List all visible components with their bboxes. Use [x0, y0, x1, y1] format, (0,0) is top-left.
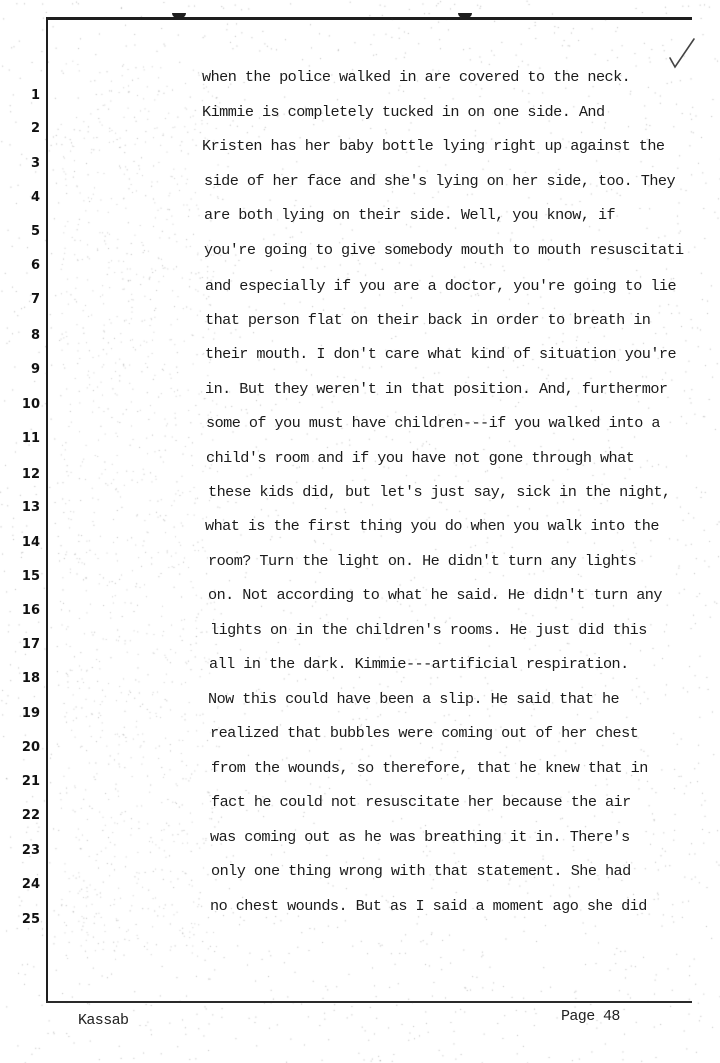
page-frame-left-border	[46, 18, 48, 1003]
line-number: 9	[0, 362, 40, 377]
transcript-line: that person flat on their back in order …	[205, 311, 650, 329]
line-number: 10	[0, 397, 40, 412]
line-number: 25	[0, 912, 40, 927]
line-number: 6	[0, 258, 40, 273]
line-number: 18	[0, 671, 40, 686]
transcript-line: these kids did, but let's just say, sick…	[208, 483, 670, 501]
transcript-line: Kimmie is completely tucked in on one si…	[202, 103, 605, 121]
transcript-line: in. But they weren't in that position. A…	[205, 380, 667, 398]
line-number: 3	[0, 156, 40, 171]
line-number: 11	[0, 431, 40, 446]
transcript-line: side of her face and she's lying on her …	[204, 172, 675, 190]
transcript-line: fact he could not resuscitate her becaus…	[211, 793, 631, 811]
footer-speaker-name: Kassab	[78, 1012, 128, 1029]
line-number: 24	[0, 877, 40, 892]
line-number: 19	[0, 706, 40, 721]
transcript-line: Kristen has her baby bottle lying right …	[202, 137, 664, 155]
transcript-line: child's room and if you have not gone th…	[206, 449, 634, 467]
line-number: 1	[0, 88, 40, 103]
transcript-line: realized that bubbles were coming out of…	[210, 724, 638, 742]
transcript-line: you're going to give somebody mouth to m…	[204, 241, 684, 259]
line-number: 21	[0, 774, 40, 789]
line-number: 13	[0, 500, 40, 515]
line-number: 23	[0, 843, 40, 858]
transcript-line: lights on in the children's rooms. He ju…	[210, 621, 647, 639]
checkmark-icon	[668, 36, 696, 70]
transcript-line: only one thing wrong with that statement…	[211, 862, 631, 880]
line-number: 22	[0, 808, 40, 823]
transcript-line: their mouth. I don't care what kind of s…	[205, 345, 676, 363]
transcript-line: no chest wounds. But as I said a moment …	[210, 897, 647, 915]
footer-page-number: Page 48	[561, 1008, 620, 1025]
transcript-line: and especially if you are a doctor, you'…	[205, 277, 676, 295]
line-number: 15	[0, 569, 40, 584]
transcript-line: room? Turn the light on. He didn't turn …	[208, 552, 636, 570]
page-frame-top-border	[46, 17, 692, 20]
line-number: 14	[0, 535, 40, 550]
page-frame-bottom-border	[46, 1001, 692, 1003]
transcript-line: Now this could have been a slip. He said…	[208, 690, 619, 708]
line-number: 20	[0, 740, 40, 755]
line-number: 4	[0, 190, 40, 205]
transcript-line: when the police walked in are covered to…	[202, 68, 630, 86]
line-number: 7	[0, 292, 40, 307]
transcript-line: some of you must have children---if you …	[206, 414, 660, 432]
line-number: 12	[0, 467, 40, 482]
transcript-line: all in the dark. Kimmie---artificial res…	[209, 655, 629, 673]
transcript-line: was coming out as he was breathing it in…	[210, 828, 630, 846]
transcript-line: on. Not according to what he said. He di…	[208, 586, 662, 604]
line-number: 5	[0, 224, 40, 239]
line-number: 8	[0, 328, 40, 343]
transcript-line: are both lying on their side. Well, you …	[204, 206, 615, 224]
transcript-line: what is the first thing you do when you …	[205, 517, 659, 535]
line-number: 16	[0, 603, 40, 618]
line-number: 17	[0, 637, 40, 652]
transcript-line: from the wounds, so therefore, that he k…	[211, 759, 648, 777]
line-number: 2	[0, 121, 40, 136]
